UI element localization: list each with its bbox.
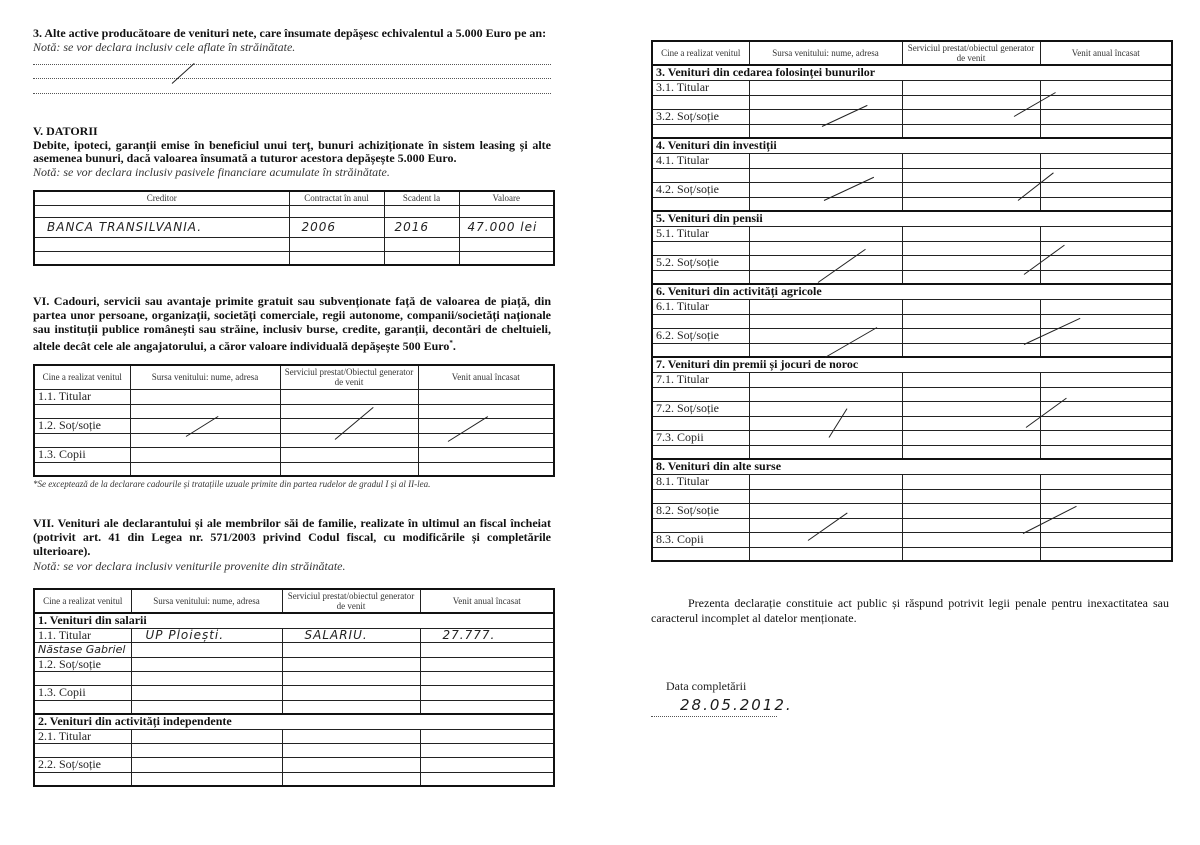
holder-name[interactable]: Năstase Gabriel xyxy=(34,642,131,657)
empty-cell[interactable] xyxy=(749,532,902,547)
empty-cell xyxy=(652,387,749,401)
empty-cell xyxy=(652,168,749,182)
table-row: 2.1. Titular xyxy=(34,729,554,743)
empty-cell xyxy=(652,197,749,211)
column-header: Serviciul prestat/Obiectul generator de … xyxy=(280,365,418,389)
income-service-cell[interactable]: SALARIU. xyxy=(282,628,420,642)
row-label: 4.2. Soț/soție xyxy=(652,182,749,197)
empty-cell xyxy=(652,445,749,459)
empty-cell xyxy=(652,489,749,503)
empty-cell xyxy=(902,124,1040,138)
empty-cell xyxy=(1040,416,1172,430)
row-label: 7.3. Copii xyxy=(652,430,749,445)
empty-cell xyxy=(652,270,749,284)
table-row: 1.3. Copii xyxy=(34,447,554,462)
table-row: 8.3. Copii xyxy=(652,532,1172,547)
empty-cell[interactable] xyxy=(902,80,1040,95)
value-cell[interactable]: 47.000 lei xyxy=(459,217,554,237)
empty-cell[interactable] xyxy=(1040,299,1172,314)
empty-cell xyxy=(1040,270,1172,284)
empty-cell[interactable] xyxy=(749,430,902,445)
table-row: 1.1. Titular UP Ploiești. SALARIU. 27.77… xyxy=(34,628,554,642)
empty-cell[interactable] xyxy=(1040,328,1172,343)
empty-cell[interactable] xyxy=(749,153,902,168)
empty-cell[interactable] xyxy=(1040,226,1172,241)
table-row: 1.2. Soț/soție xyxy=(34,418,554,433)
contracted-year-cell[interactable]: 2006 xyxy=(289,217,384,237)
column-header: Cine a realizat venitul xyxy=(34,589,131,613)
table-row: 3.2. Soț/soție xyxy=(652,109,1172,124)
empty-cell xyxy=(749,518,902,532)
row-label: 3.1. Titular xyxy=(652,80,749,95)
column-header: Valoare xyxy=(459,191,554,205)
table-row: 5.1. Titular xyxy=(652,226,1172,241)
row-label: 3.2. Soț/soție xyxy=(652,109,749,124)
row-label: 1.1. Titular xyxy=(34,389,130,404)
table-row: 2.2. Soț/soție xyxy=(34,757,554,772)
empty-cell[interactable] xyxy=(749,503,902,518)
empty-cell xyxy=(652,241,749,255)
income-category: 4. Venituri din investiții xyxy=(652,138,1172,153)
row-label: 7.2. Soț/soție xyxy=(652,401,749,416)
empty-cell xyxy=(749,168,902,182)
empty-cell[interactable] xyxy=(1040,503,1172,518)
empty-cell xyxy=(1040,489,1172,503)
table-row: 7.2. Soț/soție xyxy=(652,401,1172,416)
section-7-note: Notă: se vor declara inclusiv veniturile… xyxy=(33,560,563,573)
table-row: 7.3. Copii xyxy=(652,430,1172,445)
row-label: 5.2. Soț/soție xyxy=(652,255,749,270)
row-label: 1.3. Copii xyxy=(34,447,130,462)
empty-cell[interactable] xyxy=(749,80,902,95)
empty-cell xyxy=(652,547,749,561)
income-category: 6. Venituri din activități agricole xyxy=(652,284,1172,299)
empty-cell xyxy=(749,387,902,401)
section-3-title: 3. Alte active producătoare de venituri … xyxy=(33,27,563,40)
row-label: 1.1. Titular xyxy=(34,628,131,642)
section-6-title-text: VI. Cadouri, servicii sau avantaje primi… xyxy=(33,294,551,353)
column-header: Serviciul prestat/obiectul generator de … xyxy=(282,589,420,613)
empty-cell xyxy=(749,489,902,503)
section-5-note: Notă: se vor declara inclusiv pasivele f… xyxy=(33,166,563,179)
empty-cell xyxy=(652,124,749,138)
table-row: 7.1. Titular xyxy=(652,372,1172,387)
empty-cell[interactable] xyxy=(902,474,1040,489)
empty-cell[interactable] xyxy=(749,255,902,270)
empty-cell[interactable] xyxy=(1040,182,1172,197)
empty-cell xyxy=(652,518,749,532)
creditor-cell[interactable]: BANCA TRANSILVANIA. xyxy=(34,217,289,237)
table-row: BANCA TRANSILVANIA. 2006 2016 47.000 lei xyxy=(34,217,554,237)
blank-line xyxy=(33,64,551,65)
empty-cell xyxy=(1040,518,1172,532)
row-label: 4.1. Titular xyxy=(652,153,749,168)
empty-cell xyxy=(1040,95,1172,109)
row-label: 1.3. Copii xyxy=(34,685,131,700)
empty-cell xyxy=(749,241,902,255)
table-row: 3.1. Titular xyxy=(652,80,1172,95)
table-row: 6.2. Soț/soție xyxy=(652,328,1172,343)
empty-cell[interactable] xyxy=(902,532,1040,547)
table-header-row: Cine a realizat venitul Sursa venitului:… xyxy=(34,589,554,613)
empty-cell xyxy=(902,270,1040,284)
empty-cell xyxy=(652,95,749,109)
table-row: 4.1. Titular xyxy=(652,153,1172,168)
empty-cell xyxy=(902,168,1040,182)
column-header: Creditor xyxy=(34,191,289,205)
table-row: 5.2. Soț/soție xyxy=(652,255,1172,270)
table-row: 6.1. Titular xyxy=(652,299,1172,314)
empty-cell xyxy=(902,416,1040,430)
empty-cell[interactable] xyxy=(1040,153,1172,168)
empty-cell xyxy=(749,124,902,138)
empty-cell[interactable] xyxy=(749,226,902,241)
empty-cell xyxy=(1040,547,1172,561)
income-category: 3. Venituri din cedarea folosinței bunur… xyxy=(652,65,1172,80)
table-row: 4.2. Soț/soție xyxy=(652,182,1172,197)
row-label: 8.2. Soț/soție xyxy=(652,503,749,518)
income-category: 7. Venituri din premii și jocuri de noro… xyxy=(652,357,1172,372)
column-header: Contractat în anul xyxy=(289,191,384,205)
empty-cell xyxy=(902,314,1040,328)
empty-cell xyxy=(652,416,749,430)
annual-income-cell[interactable]: 27.777. xyxy=(420,628,554,642)
empty-cell[interactable] xyxy=(902,109,1040,124)
empty-cell[interactable] xyxy=(902,503,1040,518)
income-table-right: Cine a realizat venitul Sursa venitului:… xyxy=(651,40,1173,562)
blank-line xyxy=(33,93,551,94)
empty-cell xyxy=(749,416,902,430)
empty-cell[interactable] xyxy=(902,153,1040,168)
column-header: Sursa venitului: nume, adresa xyxy=(130,365,280,389)
empty-cell[interactable] xyxy=(1040,109,1172,124)
empty-cell xyxy=(902,547,1040,561)
row-label: 8.3. Copii xyxy=(652,532,749,547)
empty-cell[interactable] xyxy=(749,328,902,343)
empty-cell[interactable] xyxy=(1040,80,1172,95)
empty-cell[interactable] xyxy=(749,109,902,124)
section-6-footnote: *Se exceptează de la declarare cadourile… xyxy=(33,479,430,489)
empty-cell[interactable] xyxy=(902,299,1040,314)
empty-cell[interactable] xyxy=(1040,532,1172,547)
column-header: Scadent la xyxy=(384,191,459,205)
empty-cell xyxy=(902,387,1040,401)
table-header-row: Cine a realizat venitul Sursa venitului:… xyxy=(652,41,1172,65)
empty-cell xyxy=(749,343,902,357)
table-header-row: Cine a realizat venitul Sursa venitului:… xyxy=(34,365,554,389)
row-label: 7.1. Titular xyxy=(652,372,749,387)
row-label: 6.2. Soț/soție xyxy=(652,328,749,343)
empty-cell xyxy=(1040,387,1172,401)
row-label: 2.1. Titular xyxy=(34,729,131,743)
column-header: Cine a realizat venitul xyxy=(34,365,130,389)
empty-cell xyxy=(1040,445,1172,459)
empty-cell xyxy=(902,343,1040,357)
table-row: 1.2. Soț/soție xyxy=(34,657,554,671)
empty-cell xyxy=(902,489,1040,503)
empty-cell[interactable] xyxy=(902,430,1040,445)
row-label: 1.2. Soț/soție xyxy=(34,657,131,671)
empty-cell[interactable] xyxy=(902,255,1040,270)
column-header: Venit anual încasat xyxy=(418,365,554,389)
empty-cell xyxy=(749,445,902,459)
date-label: Data completării xyxy=(666,680,746,693)
row-label: 2.2. Soț/soție xyxy=(34,757,131,772)
empty-cell xyxy=(902,518,1040,532)
empty-cell xyxy=(1040,197,1172,211)
section-3-note: Notă: se vor declara inclusiv cele aflat… xyxy=(33,41,563,54)
empty-cell xyxy=(902,241,1040,255)
section-5-description: Debite, ipoteci, garanții emise în benef… xyxy=(33,139,551,165)
income-category: 8. Venituri din alte surse xyxy=(652,459,1172,474)
empty-cell[interactable] xyxy=(902,226,1040,241)
declaration-statement: Prezenta declarație constituie act publi… xyxy=(651,596,1169,626)
empty-cell[interactable] xyxy=(902,182,1040,197)
section-7-title: VII. Venituri ale declarantului și ale m… xyxy=(33,516,551,558)
empty-cell[interactable] xyxy=(749,401,902,416)
debts-table: Creditor Contractat în anul Scadent la V… xyxy=(33,190,555,266)
gifts-table: Cine a realizat venitul Sursa venitului:… xyxy=(33,364,555,477)
empty-cell xyxy=(749,314,902,328)
category-independent-activities: 2. Venituri din activități independente xyxy=(34,714,554,729)
table-row: 8.1. Titular xyxy=(652,474,1172,489)
empty-cell xyxy=(1040,343,1172,357)
row-label: 6.1. Titular xyxy=(652,299,749,314)
empty-cell xyxy=(749,547,902,561)
table-header-row: Creditor Contractat în anul Scadent la V… xyxy=(34,191,554,205)
empty-cell[interactable] xyxy=(1040,372,1172,387)
column-header: Venit anual încasat xyxy=(420,589,554,613)
empty-cell xyxy=(749,95,902,109)
empty-cell[interactable] xyxy=(749,474,902,489)
completion-date-field[interactable]: 28.05.2012. xyxy=(680,696,793,714)
empty-cell[interactable] xyxy=(902,401,1040,416)
empty-cell[interactable] xyxy=(1040,255,1172,270)
due-year-cell[interactable]: 2016 xyxy=(384,217,459,237)
income-source-cell[interactable]: UP Ploiești. xyxy=(131,628,282,642)
table-row: 1.3. Copii xyxy=(34,685,554,700)
empty-cell[interactable] xyxy=(749,299,902,314)
empty-cell[interactable] xyxy=(902,372,1040,387)
empty-cell xyxy=(1040,168,1172,182)
table-row: 1.1. Titular xyxy=(34,389,554,404)
empty-cell[interactable] xyxy=(749,372,902,387)
empty-cell xyxy=(1040,124,1172,138)
empty-cell[interactable] xyxy=(1040,430,1172,445)
column-header: Cine a realizat venitul xyxy=(652,41,749,65)
strike-through-mark xyxy=(172,63,195,84)
table-row: 8.2. Soț/soție xyxy=(652,503,1172,518)
empty-cell xyxy=(652,314,749,328)
row-label: 5.1. Titular xyxy=(652,226,749,241)
category-salaries: 1. Venituri din salarii xyxy=(34,613,554,628)
empty-cell[interactable] xyxy=(902,328,1040,343)
empty-cell xyxy=(902,95,1040,109)
column-header: Sursa venitului: nume, adresa xyxy=(749,41,902,65)
income-category: 5. Venituri din pensii xyxy=(652,211,1172,226)
blank-line xyxy=(33,78,551,79)
footnote-marker: * xyxy=(449,339,453,347)
empty-cell[interactable] xyxy=(1040,474,1172,489)
empty-cell xyxy=(652,343,749,357)
empty-cell xyxy=(902,445,1040,459)
date-dotted-line xyxy=(651,716,777,717)
section-5-heading: V. DATORII xyxy=(33,125,98,138)
income-table-left: Cine a realizat venitul Sursa venitului:… xyxy=(33,588,555,787)
section-6-title: VI. Cadouri, servicii sau avantaje primi… xyxy=(33,294,551,353)
empty-cell[interactable] xyxy=(749,182,902,197)
column-header: Sursa venitului: nume, adresa xyxy=(131,589,282,613)
row-label: 1.2. Soț/soție xyxy=(34,418,130,433)
row-label: 8.1. Titular xyxy=(652,474,749,489)
column-header: Venit anual încasat xyxy=(1040,41,1172,65)
column-header: Serviciul prestat/obiectul generator de … xyxy=(902,41,1040,65)
